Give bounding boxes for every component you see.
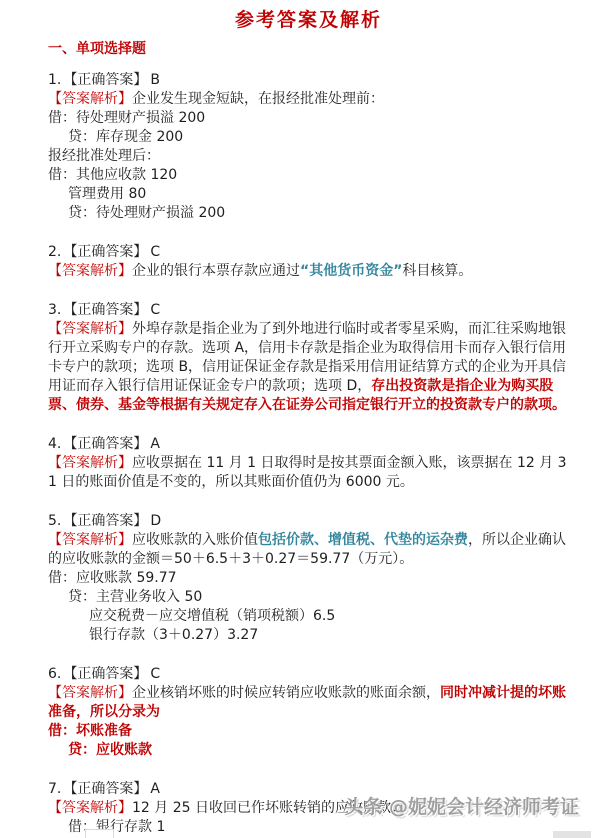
answer-item-3: 3.【正确答案】C 【答案解析】外埠存款是指企业为了到外地进行临时或者零星采购，… xyxy=(48,301,569,415)
entry-text: 借：坏账准备 xyxy=(48,723,132,739)
entry-text: 贷：待处理财产损溢 200 xyxy=(68,205,225,221)
journal-entry-line: 借：坏账准备 xyxy=(48,722,569,741)
entry-text: 借：其他应收款 120 xyxy=(48,167,177,183)
analysis-label: 【答案解析】 xyxy=(48,455,132,471)
journal-entry-line: 报经批准处理后： xyxy=(48,147,569,166)
correct-answer-label: 【正确答案】 xyxy=(63,244,147,260)
analysis-paragraph: 【答案解析】企业的银行本票存款应通过“其他货币资金”科目核算。 xyxy=(48,262,569,281)
analysis-text-segment: 企业的银行本票存款应通过 xyxy=(132,263,300,279)
correct-answer-label: 【正确答案】 xyxy=(63,72,147,88)
entry-text: 借：银行存款 1 xyxy=(68,819,165,835)
analysis-paragraph: 【答案解析】企业核销坏账的时候应转销应收账款的账面余额，同时冲减计提的坏账准备，… xyxy=(48,684,569,722)
answer-letter: C xyxy=(150,302,160,318)
item-number: 2. xyxy=(48,244,61,260)
analysis-paragraph: 【答案解析】外埠存款是指企业为了到外地进行临时或者零星采购，而汇往采购地银行开立… xyxy=(48,320,569,415)
correct-answer-label: 【正确答案】 xyxy=(63,513,147,529)
item-number: 7. xyxy=(48,781,61,797)
journal-entry-line: 贷：主营业务收入 50 xyxy=(48,588,569,607)
highlight-blue-text: 包括价款、增值税、代垫的运杂费 xyxy=(258,532,468,548)
answer-letter: C xyxy=(150,666,160,682)
journal-entry-line: 银行存款（3＋0.27）3.27 xyxy=(48,626,569,645)
correct-answer-line: 6.【正确答案】C xyxy=(48,665,569,684)
correct-answer-line: 1.【正确答案】B xyxy=(48,71,569,90)
entry-text: 报经批准处理后： xyxy=(48,148,160,164)
entry-text: 贷：应收账款 xyxy=(68,742,152,758)
correct-answer-label: 【正确答案】 xyxy=(63,302,147,318)
section-heading: 一、单项选择题 xyxy=(48,40,569,59)
page-artifact-box xyxy=(553,831,591,838)
entry-text: 借：待处理财产损溢 200 xyxy=(48,110,205,126)
analysis-text-segment: 企业发生现金短缺，在报经批准处理前： xyxy=(132,91,384,107)
page-title: 参考答案及解析 xyxy=(48,8,569,33)
journal-entry-line: 借：应收账款 59.77 xyxy=(48,569,569,588)
journal-entry-line: 应交税费－应交增值税（销项税额）6.5 xyxy=(48,607,569,626)
correct-answer-line: 3.【正确答案】C xyxy=(48,301,569,320)
answer-letter: A xyxy=(150,781,160,797)
entry-text: 贷：主营业务收入 50 xyxy=(68,589,202,605)
correct-answer-line: 5.【正确答案】D xyxy=(48,512,569,531)
answer-item-4: 4.【正确答案】A 【答案解析】应收票据在 11 月 1 日取得时是按其票面金额… xyxy=(48,435,569,492)
document-page: 参考答案及解析 一、单项选择题 1.【正确答案】B 【答案解析】企业发生现金短缺… xyxy=(0,0,615,837)
analysis-paragraph: 【答案解析】应收票据在 11 月 1 日取得时是按其票面金额入账，该票据在 12… xyxy=(48,454,569,492)
analysis-label: 【答案解析】 xyxy=(48,685,132,701)
entry-text: 借：应收账款 59.77 xyxy=(48,570,177,586)
correct-answer-line: 4.【正确答案】A xyxy=(48,435,569,454)
answer-letter: D xyxy=(150,513,161,529)
highlight-blue-text: “其他货币资金” xyxy=(300,263,402,279)
answer-item-5: 5.【正确答案】D 【答案解析】应收账款的入账价值包括价款、增值税、代垫的运杂费… xyxy=(48,512,569,645)
item-number: 5. xyxy=(48,513,61,529)
entry-text: 银行存款（3＋0.27）3.27 xyxy=(89,627,258,643)
entry-text: 贷：库存现金 200 xyxy=(68,129,183,145)
answer-item-6: 6.【正确答案】C 【答案解析】企业核销坏账的时候应转销应收账款的账面余额，同时… xyxy=(48,665,569,760)
answer-item-1: 1.【正确答案】B 【答案解析】企业发生现金短缺，在报经批准处理前： 借：待处理… xyxy=(48,71,569,223)
analysis-label: 【答案解析】 xyxy=(48,263,132,279)
correct-answer-line: 2.【正确答案】C xyxy=(48,243,569,262)
analysis-label: 【答案解析】 xyxy=(48,532,132,548)
analysis-paragraph: 【答案解析】应收账款的入账价值包括价款、增值税、代垫的运杂费，所以企业确认的应收… xyxy=(48,531,569,569)
analysis-text-segment: 企业核销坏账的时候应转销应收账款的账面余额， xyxy=(132,685,440,701)
journal-entry-line: 贷：库存现金 200 xyxy=(48,128,569,147)
journal-entry-line: 借：待处理财产损溢 200 xyxy=(48,109,569,128)
item-number: 4. xyxy=(48,436,61,452)
journal-entry-line: 贷：应收账款 xyxy=(48,741,569,760)
journal-entry-line: 借：其他应收款 120 xyxy=(48,166,569,185)
journal-entry-line: 管理费用 80 xyxy=(48,185,569,204)
journal-entry-line: 借：银行存款 1 xyxy=(48,818,569,837)
analysis-label: 【答案解析】 xyxy=(48,800,132,816)
analysis-label: 【答案解析】 xyxy=(48,91,132,107)
answer-letter: C xyxy=(150,244,160,260)
entry-text: 管理费用 80 xyxy=(68,186,146,202)
page-artifact-box xyxy=(85,829,114,838)
item-number: 3. xyxy=(48,302,61,318)
analysis-label: 【答案解析】 xyxy=(48,321,132,337)
journal-entry-line: 贷：待处理财产损溢 200 xyxy=(48,204,569,223)
answer-item-2: 2.【正确答案】C 【答案解析】企业的银行本票存款应通过“其他货币资金”科目核算… xyxy=(48,243,569,281)
entry-text: 应交税费－应交增值税（销项税额）6.5 xyxy=(89,608,335,624)
analysis-text-segment: 科目核算。 xyxy=(402,263,472,279)
analysis-text-segment: 应收账款的入账价值 xyxy=(132,532,258,548)
item-number: 6. xyxy=(48,666,61,682)
correct-answer-label: 【正确答案】 xyxy=(63,436,147,452)
analysis-paragraph: 【答案解析】企业发生现金短缺，在报经批准处理前： xyxy=(48,90,569,109)
correct-answer-label: 【正确答案】 xyxy=(63,666,147,682)
answer-letter: B xyxy=(150,72,160,88)
answer-letter: A xyxy=(150,436,160,452)
correct-answer-label: 【正确答案】 xyxy=(63,781,147,797)
watermark-text: 头条 @妮妮会计经济师考证 xyxy=(344,792,579,819)
item-number: 1. xyxy=(48,72,61,88)
